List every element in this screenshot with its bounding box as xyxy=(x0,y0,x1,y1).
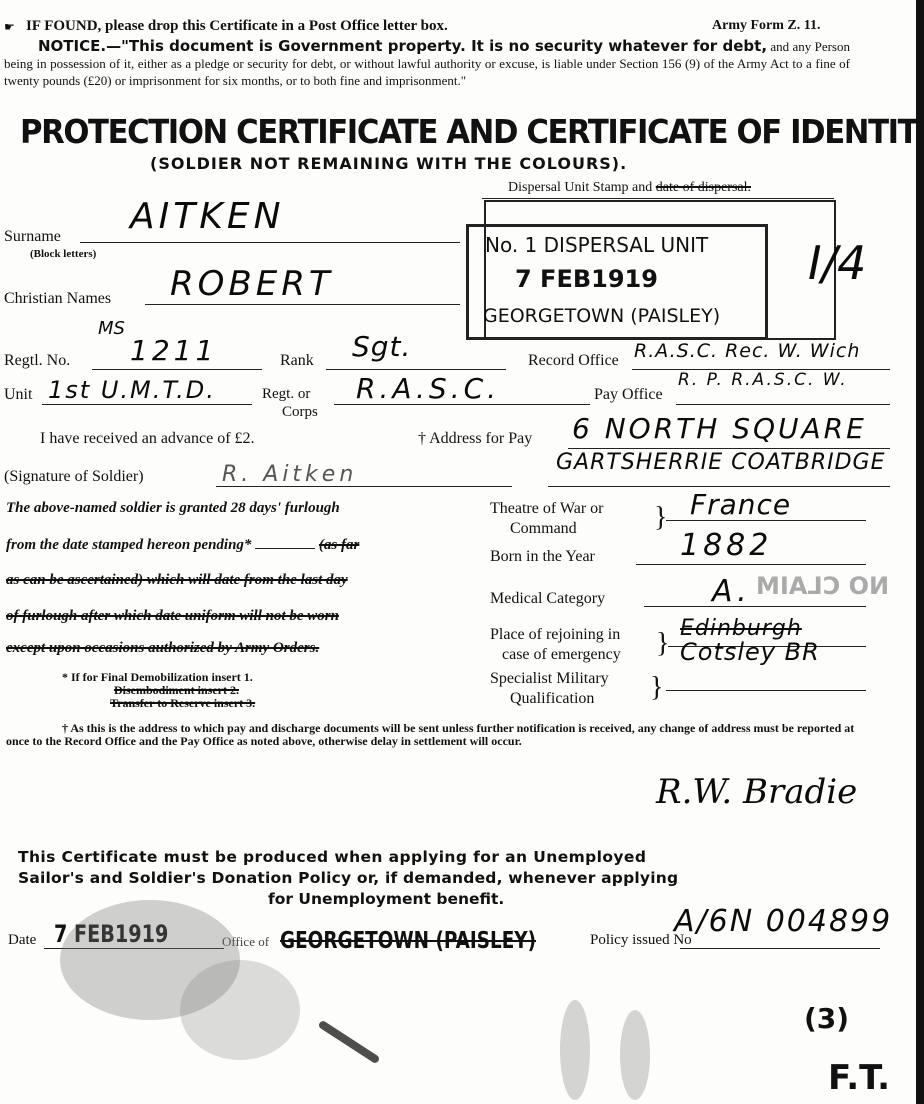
born-year-field[interactable]: 1882 xyxy=(680,528,772,563)
stamp-label-text: Dispersal Unit Stamp and xyxy=(508,180,652,195)
handwritten-mark: I/4 xyxy=(808,236,866,290)
unemployment-line1: This Certificate must be produced when a… xyxy=(18,848,646,866)
page-subtitle: (SOLDIER NOT REMAINING WITH THE COLOURS)… xyxy=(150,154,627,173)
officer-signature: R.W. Bradie xyxy=(656,772,857,812)
address-line2-field[interactable]: GARTSHERRIE COATBRIDGE xyxy=(556,450,886,475)
command-label: Command xyxy=(510,520,577,538)
unit-label: Unit xyxy=(4,386,32,404)
regt-label: Regt. or xyxy=(262,386,310,403)
rejoin-label1: Place of rejoining in xyxy=(490,626,620,644)
page-edge xyxy=(916,0,924,1104)
stamp-date: 7 FEB1919 xyxy=(515,265,658,293)
stamp-unit: No. 1 DISPERSAL UNIT xyxy=(485,233,708,257)
ghost-stamp: NO CLAIM xyxy=(756,572,889,600)
smudge xyxy=(180,960,300,1060)
office-field[interactable]: GEORGETOWN (PAISLEY) xyxy=(280,928,536,954)
form-number: Army Form Z. 11. xyxy=(712,18,820,34)
if-found-text: IF FOUND, please drop this Certificate i… xyxy=(26,18,448,35)
born-label: Born in the Year xyxy=(490,548,595,566)
ink-stroke xyxy=(317,1020,380,1065)
unemployment-line2: Sailor's and Soldier's Donation Policy o… xyxy=(18,869,678,887)
smudge xyxy=(620,1010,650,1100)
date-label: Date xyxy=(8,932,36,949)
furlough-line1: The above-named soldier is granted 28 da… xyxy=(6,500,340,517)
furlough-line3: as can be ascertained) which will date f… xyxy=(6,572,348,589)
address-label: † Address for Pay xyxy=(418,430,532,448)
stamp-label-struck: date of dispersal. xyxy=(656,180,751,195)
initials: F.T. xyxy=(828,1058,890,1098)
regtl-no-field[interactable]: 1211 xyxy=(130,334,217,367)
note-transfer: Transfer to Reserve insert 3. xyxy=(110,696,255,711)
notice-block: NOTICE.—"This document is Government pro… xyxy=(4,38,850,89)
furlough-line2a: from the date stamped hereon pending* xyxy=(6,537,251,553)
pay-office-field[interactable]: R. P. R.A.S.C. W. xyxy=(678,370,848,390)
signature-label: (Signature of Soldier) xyxy=(4,468,144,486)
furlough-line5: except upon occasions authorized by Army… xyxy=(6,640,319,657)
copy-number: (3) xyxy=(804,1002,849,1035)
unit-field[interactable]: 1st U.M.T.D. xyxy=(48,376,216,404)
record-office-field[interactable]: R.A.S.C. Rec. W. Wich xyxy=(634,340,860,362)
surname-field[interactable]: AITKEN xyxy=(130,196,285,237)
address-line1-field[interactable]: 6 NORTH SQUARE xyxy=(572,412,867,445)
smudge xyxy=(560,1000,590,1100)
rejoin-brace: } xyxy=(656,628,669,660)
christian-names-label: Christian Names xyxy=(4,290,111,308)
pay-office-label: Pay Office xyxy=(594,386,663,404)
regt-corps-field[interactable]: R.A.S.C. xyxy=(356,372,500,405)
dispersal-stamp: No. 1 DISPERSAL UNIT 7 FEB1919 GEORGETOW… xyxy=(466,224,768,340)
pointing-hand-icon: ☛ xyxy=(4,20,15,34)
theatre-brace: } xyxy=(654,502,667,534)
specialist-label1: Specialist Military xyxy=(490,670,609,688)
surname-label: Surname xyxy=(4,228,61,246)
surname-note: (Block letters) xyxy=(30,248,96,260)
medical-label: Medical Category xyxy=(490,590,605,608)
stamp-area-label: Dispersal Unit Stamp and date of dispers… xyxy=(508,180,751,196)
soldier-signature[interactable]: R. Aitken xyxy=(222,462,357,487)
policy-number-field[interactable]: A/6N 004899 xyxy=(674,904,892,939)
advance-text: I have received an advance of £2. xyxy=(40,430,255,448)
regtl-no-label: Regtl. No. xyxy=(4,352,70,370)
medical-category-field[interactable]: A. xyxy=(712,574,751,609)
furlough-line2: from the date stamped hereon pending* (a… xyxy=(6,537,359,554)
rejoin-field[interactable]: Cotsley BR xyxy=(680,638,820,666)
corps-label: Corps xyxy=(282,404,318,421)
theatre-field[interactable]: France xyxy=(690,488,791,521)
rank-label: Rank xyxy=(280,352,314,370)
specialist-brace: } xyxy=(650,672,663,704)
specialist-label2: Qualification xyxy=(510,690,594,708)
stamp-location: GEORGETOWN (PAISLEY) xyxy=(483,305,720,327)
unemployment-line3: for Unemployment benefit. xyxy=(268,890,504,908)
rank-field[interactable]: Sgt. xyxy=(352,330,411,363)
regtl-prefix: MS xyxy=(98,318,125,339)
christian-names-field[interactable]: ROBERT xyxy=(170,264,334,304)
theatre-label: Theatre of War or xyxy=(490,500,603,518)
address-footnote: † As this is the address to which pay an… xyxy=(6,722,856,748)
furlough-line4: of furlough after which date uniform wil… xyxy=(6,608,339,625)
page-title: PROTECTION CERTIFICATE AND CERTIFICATE O… xyxy=(20,112,924,151)
record-office-label: Record Office xyxy=(528,352,619,370)
furlough-line2b: (as far xyxy=(319,537,359,553)
rejoin-label2: case of emergency xyxy=(502,646,621,664)
notice-bold: NOTICE.—"This document is Government pro… xyxy=(4,37,767,55)
